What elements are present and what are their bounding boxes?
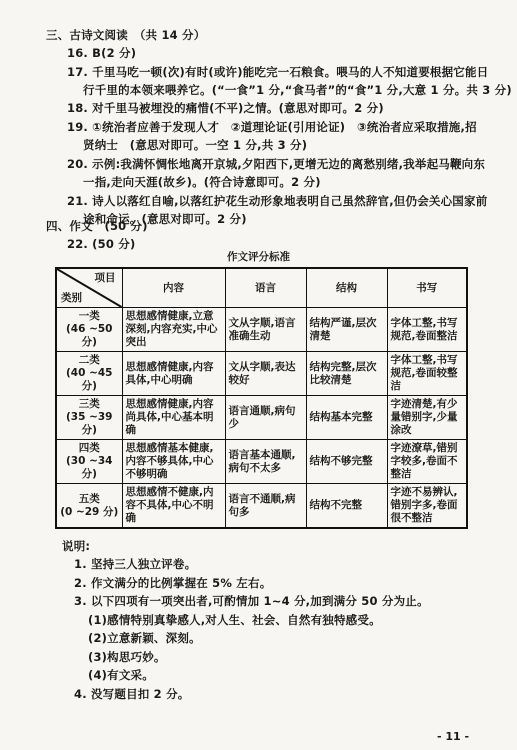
writing-cell: 字迹潦草,错别字较多,卷面不整洁 <box>387 440 467 484</box>
category-range: (35 ~39 分) <box>60 411 119 437</box>
rubric-row-3: 三类 (35 ~39 分) 思想感情健康,内容尚具体,中心基本明确 语言通顺,病… <box>56 396 467 440</box>
structure-cell: 结构不完整 <box>306 484 387 529</box>
answer-18: 18. 对千里马被埋没的痛惜(不平)之情。(意思对即可。2 分) <box>67 101 384 115</box>
structure-cell: 结构不够完整 <box>306 440 387 484</box>
note-sub-item-2: (2)立意新颖、深刻。 <box>88 631 201 645</box>
language-cell: 语言基本通顺,病句不太多 <box>225 440 306 484</box>
column-header-content: 内容 <box>122 268 225 308</box>
content-cell: 思想感情健康,内容具体,中心明确 <box>122 352 225 396</box>
note-sub-item-1: (1)感情特别真挚感人,对人生、社会、自然有独特感受。 <box>88 613 381 627</box>
corner-label-item: 项目 <box>95 272 116 285</box>
note-item-2: 2. 作文满分的比例掌握在 5% 左右。 <box>74 576 271 590</box>
category-cell: 一类 (46 ~50 分) <box>56 308 122 352</box>
content-cell: 思想感情基本健康,内容不够具体,中心不够明确 <box>122 440 225 484</box>
content-cell: 思想感情不健康,内容不具体,中心不明确 <box>122 484 225 529</box>
rubric-title: 作文评分标准 <box>0 249 517 264</box>
rubric-table: 项目 类别 内容 语言 结构 书写 一类 (46 ~50 分) 思想感情健康,立… <box>55 267 468 529</box>
rubric-row-1: 一类 (46 ~50 分) 思想感情健康,立意深刻,内容充实,中心突出 文从字顺… <box>56 308 467 352</box>
category-name: 三类 <box>60 398 119 411</box>
answer-17-line2: 行千里的本领来喂养它。(“一食”1 分,“食马者”的“食”1 分,大意 1 分。… <box>83 83 512 97</box>
corner-label-category: 类别 <box>61 292 82 305</box>
category-range: (40 ~45 分) <box>60 367 119 393</box>
content-cell: 思想感情健康,内容尚具体,中心基本明确 <box>122 396 225 440</box>
structure-cell: 结构严谨,层次清楚 <box>306 308 387 352</box>
section-heading-classical-reading: 三、古诗文阅读 （共 14 分） <box>46 28 205 42</box>
category-name: 二类 <box>60 354 119 367</box>
exam-answer-page: 三、古诗文阅读 （共 14 分） 16. B(2 分) 17. 千里马吃一顿(次… <box>0 0 517 750</box>
category-name: 一类 <box>60 310 119 323</box>
category-range: (46 ~50 分) <box>60 323 119 349</box>
category-name: 四类 <box>60 442 119 455</box>
note-item-1: 1. 坚持三人独立评卷。 <box>74 557 196 571</box>
answer-17-line1: 17. 千里马吃一顿(次)有时(或许)能吃完一石粮食。喂马的人不知道要根据它能日 <box>67 65 488 79</box>
column-header-writing: 书写 <box>387 268 467 308</box>
category-cell: 三类 (35 ~39 分) <box>56 396 122 440</box>
writing-cell: 字体工整,书写规范,卷面整洁 <box>387 308 467 352</box>
writing-cell: 字迹不易辨认,错别字多,卷面很不整洁 <box>387 484 467 529</box>
category-cell: 五类 (0 ~29 分) <box>56 484 122 529</box>
answer-20-line2: 一指,走向天涯(故乡)。(符合诗意即可。2 分) <box>83 175 321 189</box>
category-name: 五类 <box>60 493 119 506</box>
category-cell: 四类 (30 ~34 分) <box>56 440 122 484</box>
column-header-structure: 结构 <box>306 268 387 308</box>
writing-cell: 字迹清楚,有少量错别字,少量涂改 <box>387 396 467 440</box>
page-number: - 11 - <box>437 730 469 743</box>
rubric-row-2: 二类 (40 ~45 分) 思想感情健康,内容具体,中心明确 文从字顺,表达较好… <box>56 352 467 396</box>
writing-cell: 字体工整,书写规范,卷面较整洁 <box>387 352 467 396</box>
answer-21-line1: 21. 诗人以落红自喻,以落红护花生动形象地表明自己虽然辞官,但仍会关心国家前 <box>67 194 487 208</box>
notes-heading: 说明: <box>62 539 90 553</box>
note-item-4: 4. 没写题目扣 2 分。 <box>74 687 189 701</box>
note-sub-item-3: (3)构思巧妙。 <box>88 650 166 664</box>
structure-cell: 结构完整,层次比较清楚 <box>306 352 387 396</box>
rubric-header-row: 项目 类别 内容 语言 结构 书写 <box>56 268 467 308</box>
answer-19-line2: 贤纳士 (意思对即可。一空 1 分,共 3 分) <box>83 138 307 152</box>
language-cell: 语言不通顺,病句多 <box>225 484 306 529</box>
section-heading-composition: 四、作文 (50 分) <box>46 219 148 233</box>
rubric-row-4: 四类 (30 ~34 分) 思想感情基本健康,内容不够具体,中心不够明确 语言基… <box>56 440 467 484</box>
language-cell: 文从字顺,表达较好 <box>225 352 306 396</box>
rubric-corner-cell: 项目 类别 <box>56 268 122 308</box>
answer-16: 16. B(2 分) <box>67 46 136 60</box>
answer-20-line1: 20. 示例:我满怀惆怅地离开京城,夕阳西下,更增无边的离愁别绪,我举起马鞭向东 <box>67 157 485 171</box>
column-header-language: 语言 <box>225 268 306 308</box>
language-cell: 文从字顺,语言准确生动 <box>225 308 306 352</box>
note-item-3: 3. 以下四项有一项突出者,可酌情加 1~4 分,加到满分 50 分为止。 <box>74 594 429 608</box>
category-range: (0 ~29 分) <box>60 506 119 519</box>
category-cell: 二类 (40 ~45 分) <box>56 352 122 396</box>
category-range: (30 ~34 分) <box>60 455 119 481</box>
rubric-row-5: 五类 (0 ~29 分) 思想感情不健康,内容不具体,中心不明确 语言不通顺,病… <box>56 484 467 529</box>
note-sub-item-4: (4)有文采。 <box>88 668 154 682</box>
content-cell: 思想感情健康,立意深刻,内容充实,中心突出 <box>122 308 225 352</box>
language-cell: 语言通顺,病句少 <box>225 396 306 440</box>
answer-19-line1: 19. ①统治者应善于发现人才 ②道理论证(引用论证) ③统治者应采取措施,招 <box>67 120 477 134</box>
structure-cell: 结构基本完整 <box>306 396 387 440</box>
